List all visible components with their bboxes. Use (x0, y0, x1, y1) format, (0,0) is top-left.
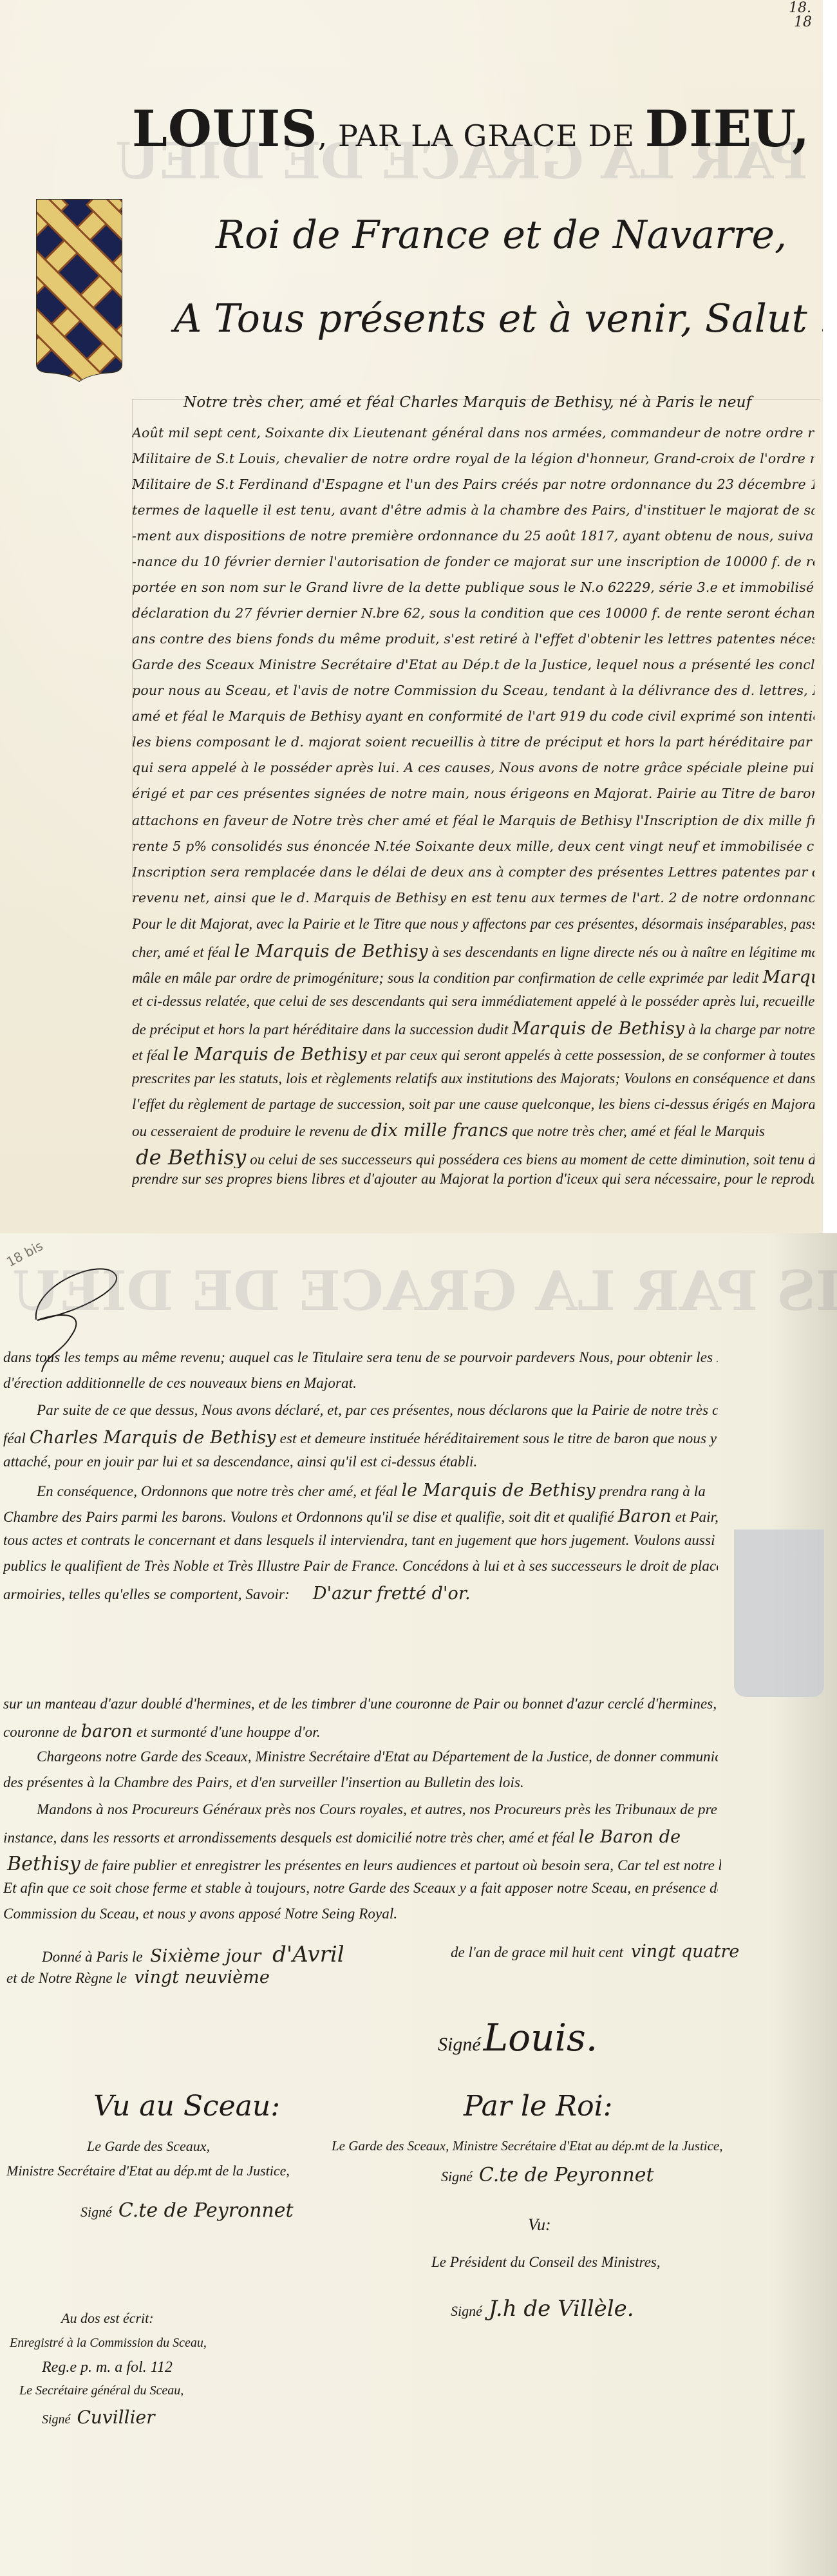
handwritten-insert: Baron (614, 1506, 675, 1526)
letters-patent-page-1: 18. 18 LOUIS PAR LA GRACE DE DIEU LOUIS,… (0, 0, 823, 1233)
handwritten-day: Sixième jour (146, 1946, 265, 1966)
printed-line: Pour le dit Majorat, avec la Pairie et l… (132, 916, 814, 939)
manuscript-line: les biens composant le d. majorat soient… (132, 734, 814, 760)
signature-louis: Louis. (484, 2016, 598, 2060)
printed-line: couronne debaronet surmonté d'une houppe… (3, 1721, 718, 1745)
grey-paper-tab (734, 1529, 824, 1697)
printed-line: armoiries, telles qu'elles se comportent… (3, 1584, 718, 1615)
printed-line: et féalle Marquis de Bethisyet par ceux … (132, 1045, 814, 1068)
signature-villele: J.h de Villèle. (485, 2296, 638, 2322)
date-year-line: de l'an de grace mil huit cent vingt qua… (451, 1942, 743, 1962)
printed-line: prescrites par les statuts, lois et règl… (132, 1070, 814, 1094)
roi-de-france-line: Roi de France et de Navarre, (216, 213, 787, 258)
manuscript-line: portée en son nom sur le Grand livre de … (132, 580, 814, 605)
printed-line: attaché, pour en jouir par lui et sa des… (3, 1454, 718, 1477)
royal-signature: Signé Louis. (438, 2016, 597, 2060)
printed-line: Chambre des Pairs parmi les barons. Voul… (3, 1506, 718, 1529)
manuscript-line: revenu net, ainsi que le d. Marquis de B… (132, 890, 814, 916)
manuscript-line: ans contre des biens fonds du même produ… (132, 631, 814, 657)
handwritten-reign: vingt neuvième (131, 1967, 274, 1987)
printed-line: Et afin que ce soit chose ferme et stabl… (3, 1880, 718, 1903)
enregistre-label: Enregistré à la Commission du Sceau, (10, 2336, 207, 2351)
handwritten-insert: Marquis de Bethisy (508, 1019, 688, 1039)
manuscript-line: Août mil sept cent, Soixante dix Lieuten… (132, 425, 814, 451)
ministre-label: Ministre Secrétaire d'Etat au dép.mt de … (6, 2163, 290, 2179)
title-par-la-grace-de: , PAR LA GRACE DE (318, 118, 645, 153)
president-conseil-label: Le Président du Conseil des Ministres, (431, 2254, 661, 2271)
printed-line: des présentes à la Chambre des Pairs, et… (3, 1774, 718, 1797)
printed-line: et ci-dessus relatée, que celui de ses d… (132, 993, 814, 1016)
printed-line: dans tous les temps au même revenu; auqu… (3, 1349, 718, 1372)
manuscript-line: termes de laquelle il est tenu, avant d'… (132, 502, 814, 528)
printed-line: sur un manteau d'azur doublé d'hermines,… (3, 1696, 718, 1719)
coat-of-arms-icon (35, 198, 123, 383)
folio-number: 18 (794, 14, 812, 30)
handwritten-insert: baron (77, 1721, 136, 1741)
handwritten-month: d'Avril (268, 1942, 348, 1967)
printed-line: En conséquence, Ordonnons que notre très… (3, 1481, 718, 1504)
printed-line: d'érection additionnelle de ces nouveaux… (3, 1375, 718, 1398)
manuscript-line: Garde des Sceaux Ministre Secrétaire d'E… (132, 657, 814, 683)
printed-line: féalCharles Marquis de Bethisyest et dem… (3, 1428, 718, 1451)
registre-reference: Reg.e p. m. a fol. 112 (42, 2359, 173, 2376)
signature-peyronnet-2: C.te de Peyronnet (475, 2164, 658, 2186)
printed-line: Bethisyde faire publier et enregistrer l… (3, 1853, 721, 1876)
printed-line: mâle en mâle par ordre de primogéniture;… (132, 967, 814, 990)
manuscript-line: amé et féal le Marquis de Bethisy ayant … (132, 708, 814, 734)
manuscript-line: érigé et par ces présentes signées de no… (132, 786, 814, 811)
salut-line: A Tous présents et à venir, Salut : (174, 296, 823, 341)
vu-label: Vu: (528, 2215, 551, 2235)
printed-line: l'effet du règlement de partage de succe… (132, 1096, 814, 1119)
signature-peyronnet: C.te de Peyronnet (115, 2199, 297, 2222)
vu-au-sceau-heading: Vu au Sceau: (93, 2090, 280, 2123)
reign-line: et de Notre Règne le vingt neuvième (6, 1967, 274, 1987)
handwritten-insert: dix mille francs (367, 1121, 512, 1141)
date-line: Donné à Paris le Sixième jour d'Avril (42, 1942, 348, 1967)
manuscript-line: rente 5 p% consolidés sus énoncée N.tée … (132, 838, 814, 864)
handwritten-insert: le Marquis de Bethisy (230, 942, 431, 961)
handwritten-insert: Bethisy (3, 1853, 84, 1875)
printed-line: instance, dans les ressorts et arrondiss… (3, 1827, 718, 1850)
printed-line: prendre sur ses propres biens libres et … (132, 1171, 814, 1194)
handwritten-insert: le Marquis de Bethisy (397, 1481, 599, 1501)
manuscript-line: -nance du 10 février dernier l'autorisat… (132, 554, 814, 580)
secretaire-general-label: Le Secrétaire général du Sceau, (19, 2383, 183, 2398)
manuscript-line: Inscription sera remplacée dans le délai… (132, 864, 814, 890)
title-louis: LOUIS (132, 100, 318, 158)
show-through-ghost-text: LOUIS PAR LA GRACE DE DIEU (13, 1259, 837, 1323)
handwritten-year: vingt quatre (627, 1942, 744, 1962)
manuscript-line: Militaire de S.t Louis, chevalier de not… (132, 451, 814, 477)
printed-line: de préciput et hors la part héréditaire … (132, 1019, 814, 1042)
printed-line: de Bethisyou celui de ses successeurs qu… (132, 1145, 814, 1168)
blazon-handwritten: D'azur fretté d'or. (309, 1584, 475, 1604)
par-le-roi-heading: Par le Roi: (464, 2090, 613, 2123)
printed-line: Commission du Sceau, et nous y avons app… (3, 1906, 718, 1929)
letters-patent-page-2: 18 bis LOUIS PAR LA GRACE DE DIEU dans t… (0, 1233, 837, 2576)
title-comma: , (792, 100, 810, 158)
printed-line: publics le qualifient de Très Noble et T… (3, 1558, 718, 1581)
manuscript-line: pour nous au Sceau, et l'avis de notre C… (132, 683, 814, 708)
manuscript-line: Notre très cher, amé et féal Charles Mar… (132, 394, 814, 420)
garde-des-sceaux-label: Le Garde des Sceaux, (87, 2138, 210, 2155)
title-dieu: DIEU (645, 100, 792, 158)
printed-line: ou cesseraient de produire le revenu ded… (132, 1121, 814, 1144)
villele-signature: Signé J.h de Villèle. (451, 2296, 638, 2322)
printed-line: Mandons à nos Procureurs Généraux près n… (3, 1801, 718, 1824)
left-signature: Signé C.te de Peyronnet (80, 2199, 297, 2222)
handwritten-insert: le Marquis de Bethisy (169, 1045, 371, 1065)
printed-line: tous actes et contrats le concernant et … (3, 1532, 718, 1555)
signature-cuvillier: Cuvillier (73, 2407, 158, 2428)
manuscript-line: qui sera appelé à le posséder après lui.… (132, 760, 814, 786)
manuscript-line: -ment aux dispositions de notre première… (132, 528, 814, 554)
cuvillier-signature: Signé Cuvillier (42, 2407, 159, 2428)
printed-line: cher, amé et féalle Marquis de Bethisyà … (132, 942, 814, 965)
printed-line: Chargeons notre Garde des Sceaux, Minist… (3, 1748, 718, 1772)
handwritten-insert: de Bethisy (132, 1145, 250, 1168)
au-dos-heading: Au dos est écrit: (61, 2310, 154, 2327)
manuscript-line: attachons en faveur de Notre très cher a… (132, 813, 814, 838)
manuscript-line: déclaration du 27 février dernier N.bre … (132, 605, 814, 631)
handwritten-insert: Marquis de Bethisy (759, 967, 814, 987)
garde-des-sceaux-ministre-label: Le Garde des Sceaux, Ministre Secrétaire… (332, 2138, 723, 2154)
right-signature: Signé C.te de Peyronnet (441, 2164, 658, 2186)
manuscript-line: Militaire de S.t Ferdinand d'Espagne et … (132, 477, 814, 502)
handwritten-insert: Charles Marquis de Bethisy (26, 1428, 280, 1448)
printed-line: Par suite de ce que dessus, Nous avons d… (3, 1402, 718, 1425)
handwritten-insert: le Baron de (575, 1827, 685, 1847)
royal-title: LOUIS, PAR LA GRACE DE DIEU, (132, 100, 823, 158)
